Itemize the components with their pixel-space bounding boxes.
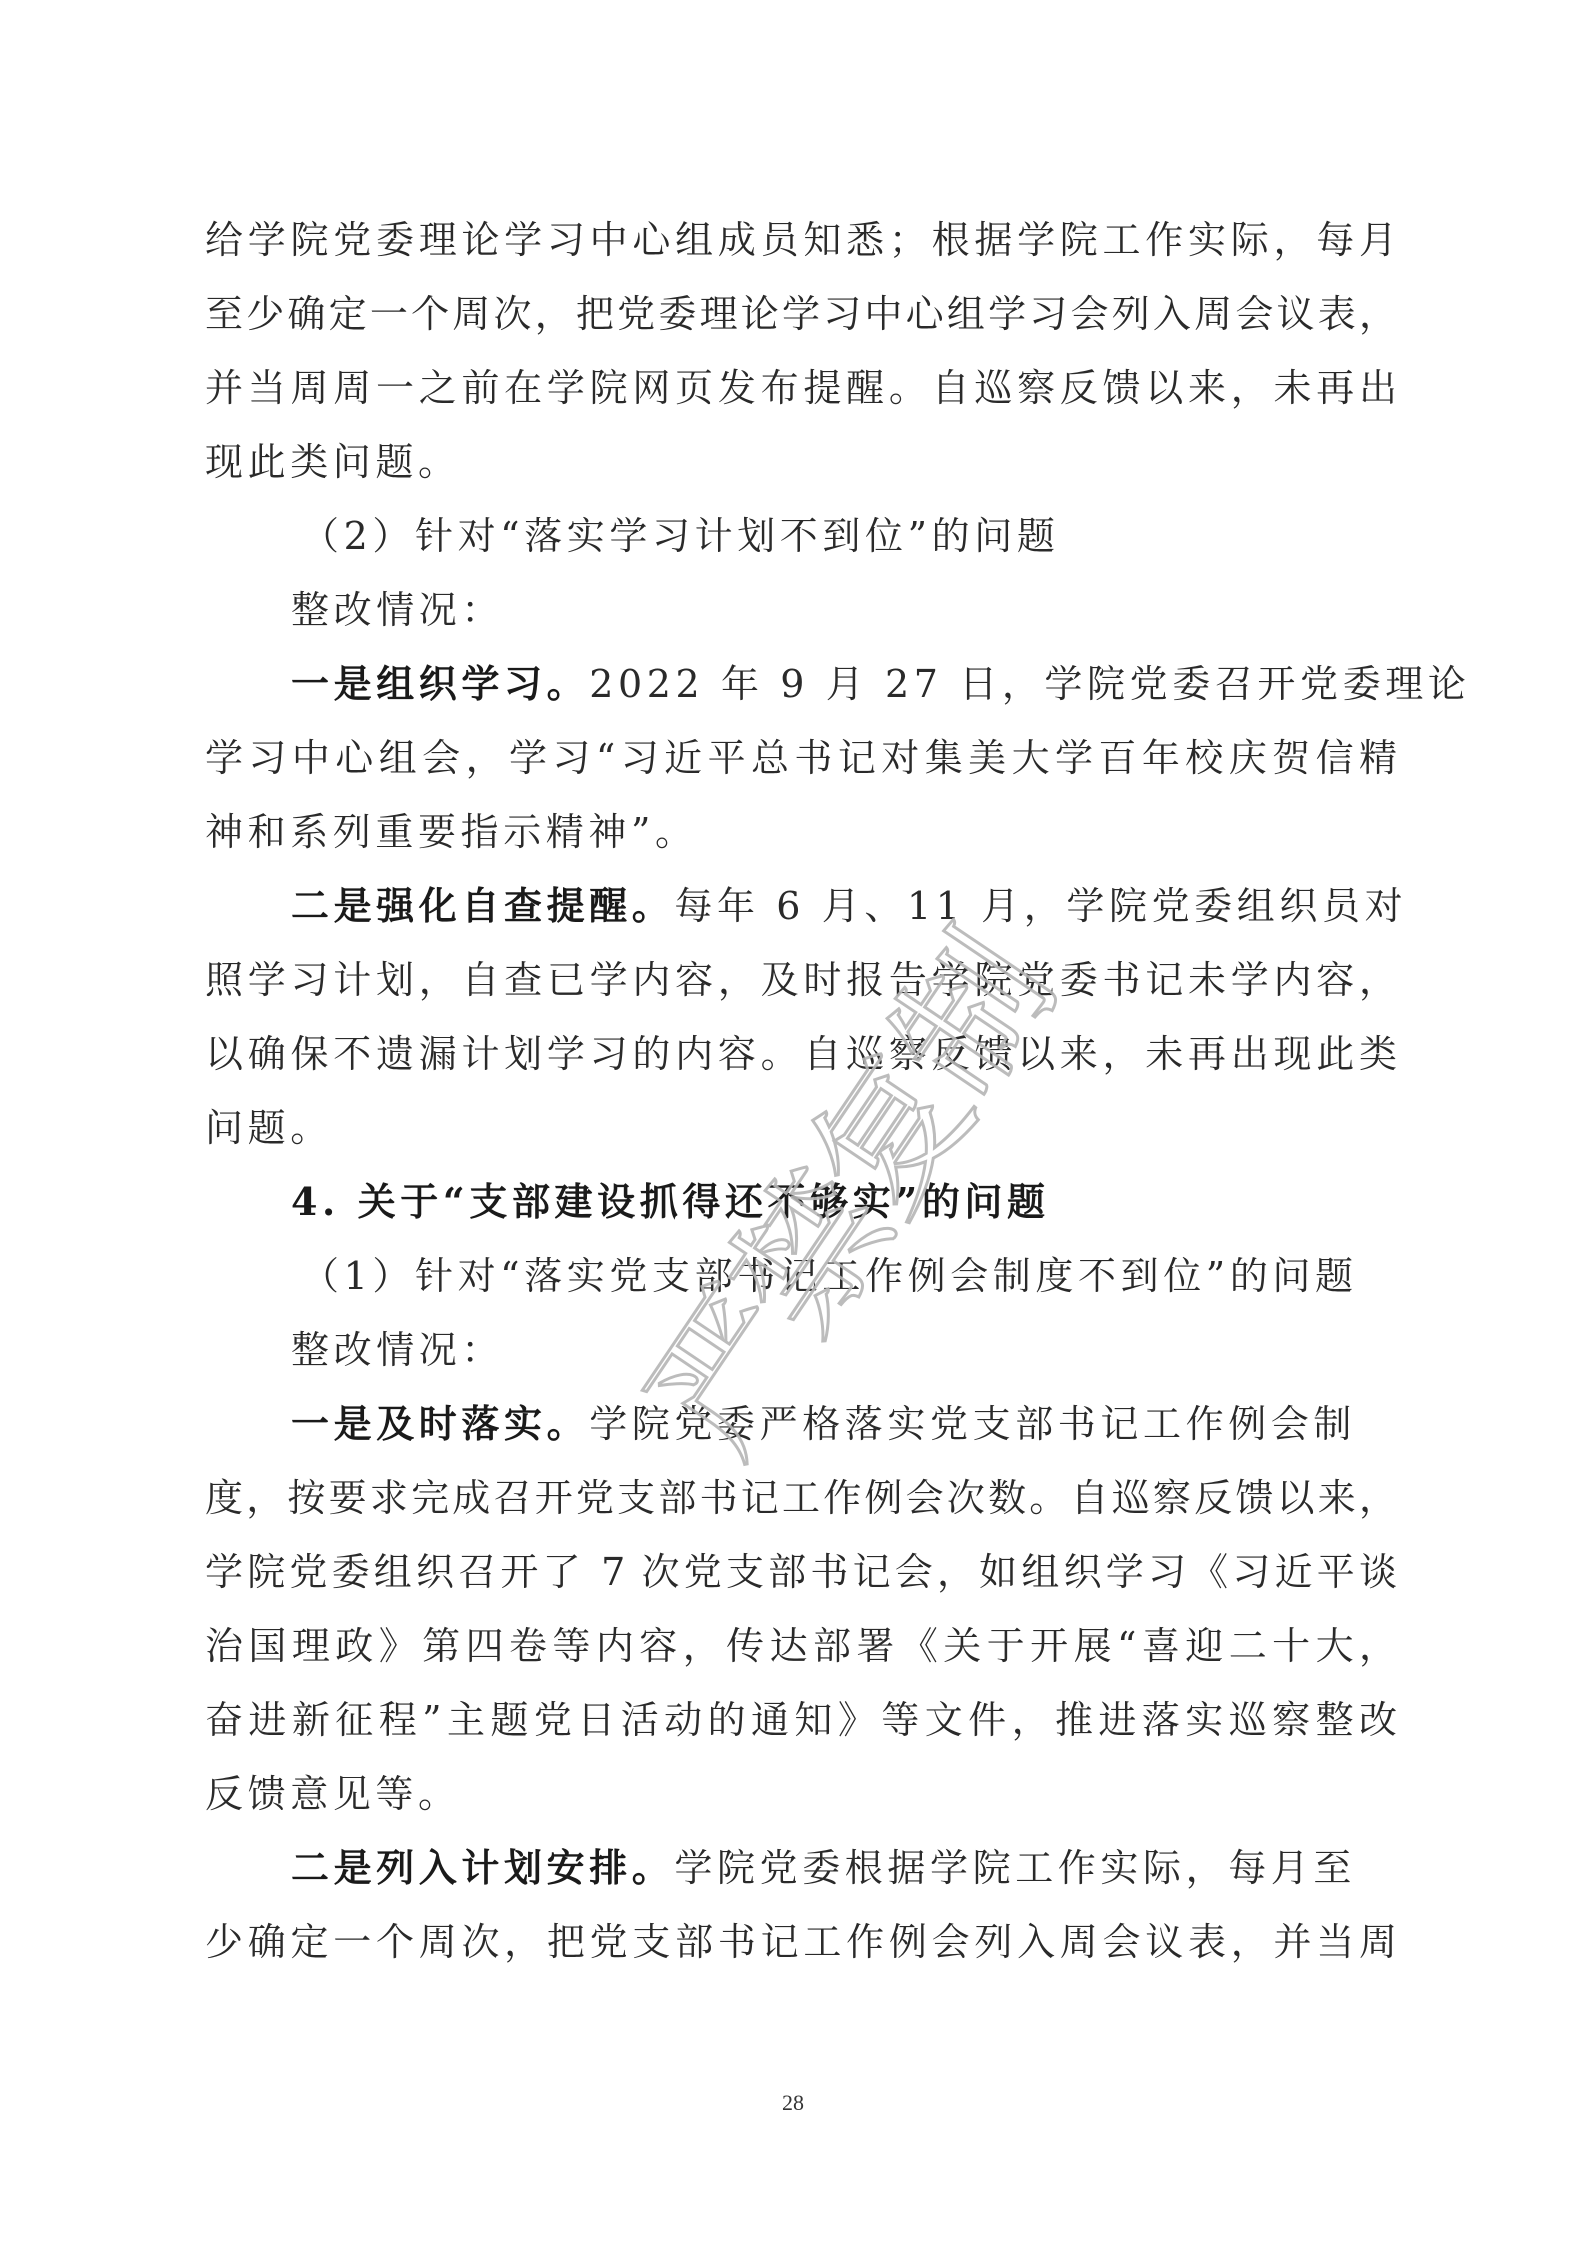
paragraph-line: 少确定一个周次，把党支部书记工作例会列入周会议表，并当周 [205,1905,1397,1979]
item-text: 每年 6 月、11 月，学院党委组织员对 [674,884,1407,928]
item-text: 2022 年 9 月 27 日，学院党委召开党委理论 [589,662,1470,706]
paragraph-line: 学习中心组会，学习“习近平总书记对集美大学百年校庆贺信精 [205,721,1397,795]
paragraph-line: 学院党委组织召开了 7 次党支部书记会，如组织学习《习近平谈 [205,1535,1397,1609]
paragraph-line: 现此类问题。 [205,425,1397,499]
section-heading: 4. 关于“支部建设抓得还不够实”的问题 [205,1165,1397,1239]
paragraph-line: 度，按要求完成召开党支部书记工作例会次数。自巡察反馈以来， [205,1461,1397,1535]
paragraph-line: 以确保不遗漏计划学习的内容。自巡察反馈以来，未再出现此类 [205,1017,1397,1091]
page-number: 28 [0,2090,1586,2116]
item-lead: 二是强化自查提醒。 [291,883,674,928]
rectification-status-label: 整改情况： [205,1313,1397,1387]
paragraph-line: 反馈意见等。 [205,1757,1397,1831]
item-lead: 二是列入计划安排。 [291,1845,674,1890]
item-lead: 一是及时落实。 [291,1401,589,1446]
item-text: 学院党委根据学院工作实际，每月至 [674,1846,1356,1890]
rectification-item: 一是及时落实。学院党委严格落实党支部书记工作例会制 [205,1387,1397,1461]
paragraph-line: 问题。 [205,1091,1397,1165]
paragraph-line: 神和系列重要指示精神”。 [205,795,1397,869]
document-page: 给学院党委理论学习中心组成员知悉；根据学院工作实际，每月 至少确定一个周次，把党… [0,0,1586,2245]
paragraph-line: 照学习计划，自查已学内容，及时报告学院党委书记未学内容， [205,943,1397,1017]
paragraph-line: 至少确定一个周次，把党委理论学习中心组学习会列入周会议表， [205,277,1397,351]
paragraph-line: 治国理政》第四卷等内容，传达部署《关于开展“喜迎二十大， [205,1609,1397,1683]
item-lead: 一是组织学习。 [291,661,589,706]
page-body: 给学院党委理论学习中心组成员知悉；根据学院工作实际，每月 至少确定一个周次，把党… [205,203,1397,1979]
paragraph-line: 并当周周一之前在学院网页发布提醒。自巡察反馈以来，未再出 [205,351,1397,425]
paragraph-line: 奋进新征程”主题党日活动的通知》等文件，推进落实巡察整改 [205,1683,1397,1757]
rectification-item: 二是强化自查提醒。每年 6 月、11 月，学院党委组织员对 [205,869,1397,943]
subsection-title: （2）针对“落实学习计划不到位”的问题 [205,499,1397,573]
subsection-title: （1）针对“落实党支部书记工作例会制度不到位”的问题 [205,1239,1397,1313]
rectification-status-label: 整改情况： [205,573,1397,647]
paragraph-line: 给学院党委理论学习中心组成员知悉；根据学院工作实际，每月 [205,203,1397,277]
rectification-item: 二是列入计划安排。学院党委根据学院工作实际，每月至 [205,1831,1397,1905]
rectification-item: 一是组织学习。2022 年 9 月 27 日，学院党委召开党委理论 [205,647,1397,721]
item-text: 学院党委严格落实党支部书记工作例会制 [589,1402,1356,1446]
